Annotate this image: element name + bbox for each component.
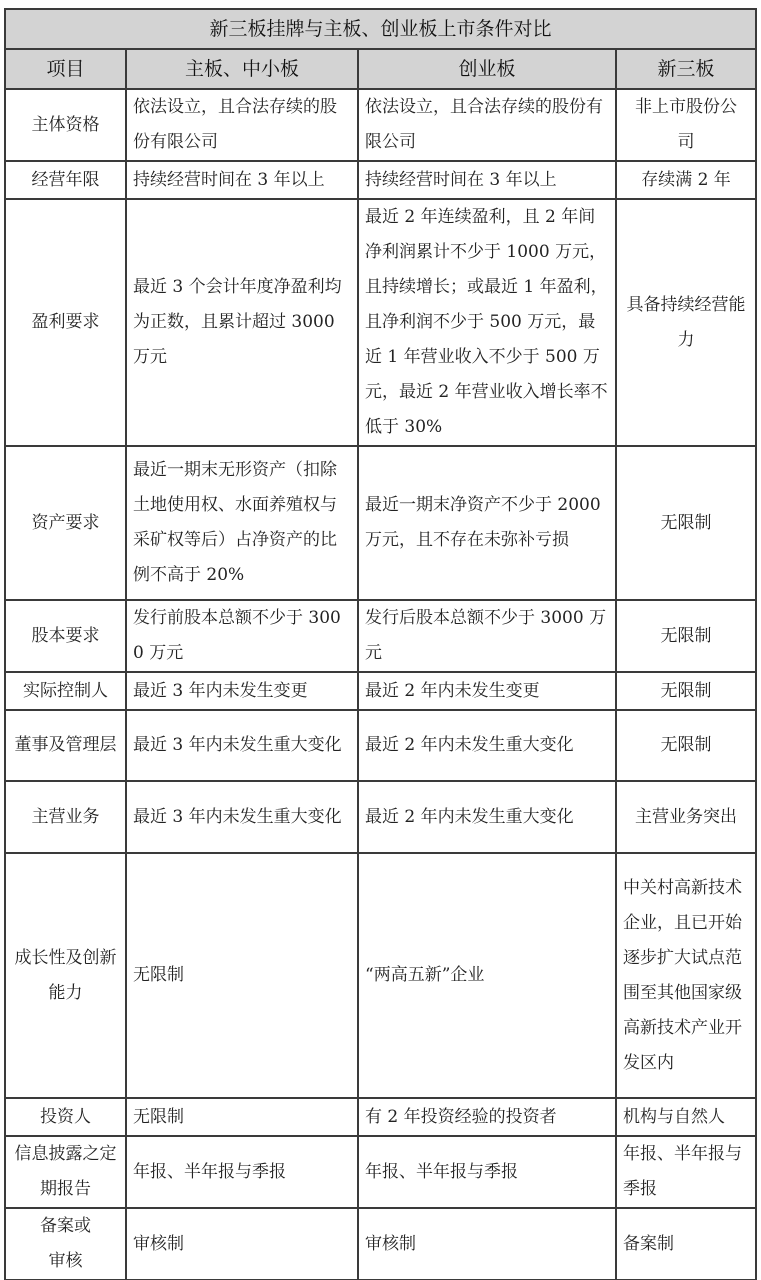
- cell-gem: “两高五新”企业: [358, 853, 616, 1098]
- cell-gem: 审核制: [358, 1208, 616, 1280]
- cell-main: 无限制: [126, 853, 358, 1098]
- cell-main: 最近一期末无形资产（扣除土地使用权、水面养殖权与采矿权等后）占净资产的比例不高于…: [126, 446, 358, 600]
- table-row: 董事及管理层 最近 3 年内未发生重大变化 最近 2 年内未发生重大变化 无限制: [5, 710, 756, 781]
- header-row: 项目 主板、中小板 创业板 新三板: [5, 49, 756, 89]
- cell-neeq: 具备持续经营能力: [616, 199, 756, 446]
- row-label: 信息披露之定期报告: [5, 1136, 126, 1208]
- cell-gem: 最近 2 年连续盈利，且 2 年间净利润累计不少于 1000 万元，且持续增长；…: [358, 199, 616, 446]
- table-row: 主营业务 最近 3 年内未发生重大变化 最近 2 年内未发生重大变化 主营业务突…: [5, 781, 756, 853]
- cell-gem: 最近一期末净资产不少于 2000 万元，且不存在未弥补亏损: [358, 446, 616, 600]
- header-neeq: 新三板: [616, 49, 756, 89]
- cell-neeq: 主营业务突出: [616, 781, 756, 853]
- table-row: 投资人 无限制 有 2 年投资经验的投资者 机构与自然人: [5, 1098, 756, 1136]
- row-label: 主营业务: [5, 781, 126, 853]
- row-label: 主体资格: [5, 89, 126, 161]
- cell-main: 依法设立，且合法存续的股份有限公司: [126, 89, 358, 161]
- cell-main: 最近 3 年内未发生重大变化: [126, 710, 358, 781]
- table-row: 资产要求 最近一期末无形资产（扣除土地使用权、水面养殖权与采矿权等后）占净资产的…: [5, 446, 756, 600]
- cell-neeq: 存续满 2 年: [616, 161, 756, 199]
- cell-main: 持续经营时间在 3 年以上: [126, 161, 358, 199]
- cell-neeq: 中关村高新技术企业，且已开始逐步扩大试点范围至其他国家级高新技术产业开发区内: [616, 853, 756, 1098]
- row-label: 投资人: [5, 1098, 126, 1136]
- cell-gem: 年报、半年报与季报: [358, 1136, 616, 1208]
- table-row: 信息披露之定期报告 年报、半年报与季报 年报、半年报与季报 年报、半年报与季报: [5, 1136, 756, 1208]
- table-row: 经营年限 持续经营时间在 3 年以上 持续经营时间在 3 年以上 存续满 2 年: [5, 161, 756, 199]
- cell-gem: 有 2 年投资经验的投资者: [358, 1098, 616, 1136]
- cell-neeq: 无限制: [616, 600, 756, 672]
- row-label: 盈利要求: [5, 199, 126, 446]
- cell-gem: 发行后股本总额不少于 3000 万元: [358, 600, 616, 672]
- comparison-table: 新三板挂牌与主板、创业板上市条件对比 项目 主板、中小板 创业板 新三板 主体资…: [4, 8, 757, 1280]
- cell-main: 最近 3 年内未发生重大变化: [126, 781, 358, 853]
- cell-neeq: 年报、半年报与季报: [616, 1136, 756, 1208]
- row-label: 董事及管理层: [5, 710, 126, 781]
- table-row: 股本要求 发行前股本总额不少于 3000 万元 发行后股本总额不少于 3000 …: [5, 600, 756, 672]
- cell-gem: 依法设立，且合法存续的股份有限公司: [358, 89, 616, 161]
- row-label: 备案或审核: [5, 1208, 126, 1280]
- cell-main: 最近 3 个会计年度净盈利均为正数，且累计超过 3000 万元: [126, 199, 358, 446]
- row-label: 成长性及创新能力: [5, 853, 126, 1098]
- header-item: 项目: [5, 49, 126, 89]
- row-label: 股本要求: [5, 600, 126, 672]
- header-main-board: 主板、中小板: [126, 49, 358, 89]
- cell-neeq: 非上市股份公司: [616, 89, 756, 161]
- table-row: 备案或审核 审核制 审核制 备案制: [5, 1208, 756, 1280]
- cell-gem: 最近 2 年内未发生重大变化: [358, 710, 616, 781]
- table-row: 成长性及创新能力 无限制 “两高五新”企业 中关村高新技术企业，且已开始逐步扩大…: [5, 853, 756, 1098]
- row-label: 实际控制人: [5, 672, 126, 710]
- table-row: 实际控制人 最近 3 年内未发生变更 最近 2 年内未发生变更 无限制: [5, 672, 756, 710]
- table-row: 盈利要求 最近 3 个会计年度净盈利均为正数，且累计超过 3000 万元 最近 …: [5, 199, 756, 446]
- cell-main: 发行前股本总额不少于 3000 万元: [126, 600, 358, 672]
- header-gem-board: 创业板: [358, 49, 616, 89]
- cell-main: 最近 3 年内未发生变更: [126, 672, 358, 710]
- cell-gem: 最近 2 年内未发生重大变化: [358, 781, 616, 853]
- title-row: 新三板挂牌与主板、创业板上市条件对比: [5, 9, 756, 49]
- cell-gem: 持续经营时间在 3 年以上: [358, 161, 616, 199]
- cell-main: 年报、半年报与季报: [126, 1136, 358, 1208]
- table-title: 新三板挂牌与主板、创业板上市条件对比: [5, 9, 756, 49]
- cell-neeq: 无限制: [616, 710, 756, 781]
- cell-neeq: 机构与自然人: [616, 1098, 756, 1136]
- cell-neeq: 无限制: [616, 446, 756, 600]
- cell-neeq: 备案制: [616, 1208, 756, 1280]
- row-label: 资产要求: [5, 446, 126, 600]
- cell-gem: 最近 2 年内未发生变更: [358, 672, 616, 710]
- cell-main: 审核制: [126, 1208, 358, 1280]
- cell-neeq: 无限制: [616, 672, 756, 710]
- row-label: 经营年限: [5, 161, 126, 199]
- cell-main: 无限制: [126, 1098, 358, 1136]
- table-row: 主体资格 依法设立，且合法存续的股份有限公司 依法设立，且合法存续的股份有限公司…: [5, 89, 756, 161]
